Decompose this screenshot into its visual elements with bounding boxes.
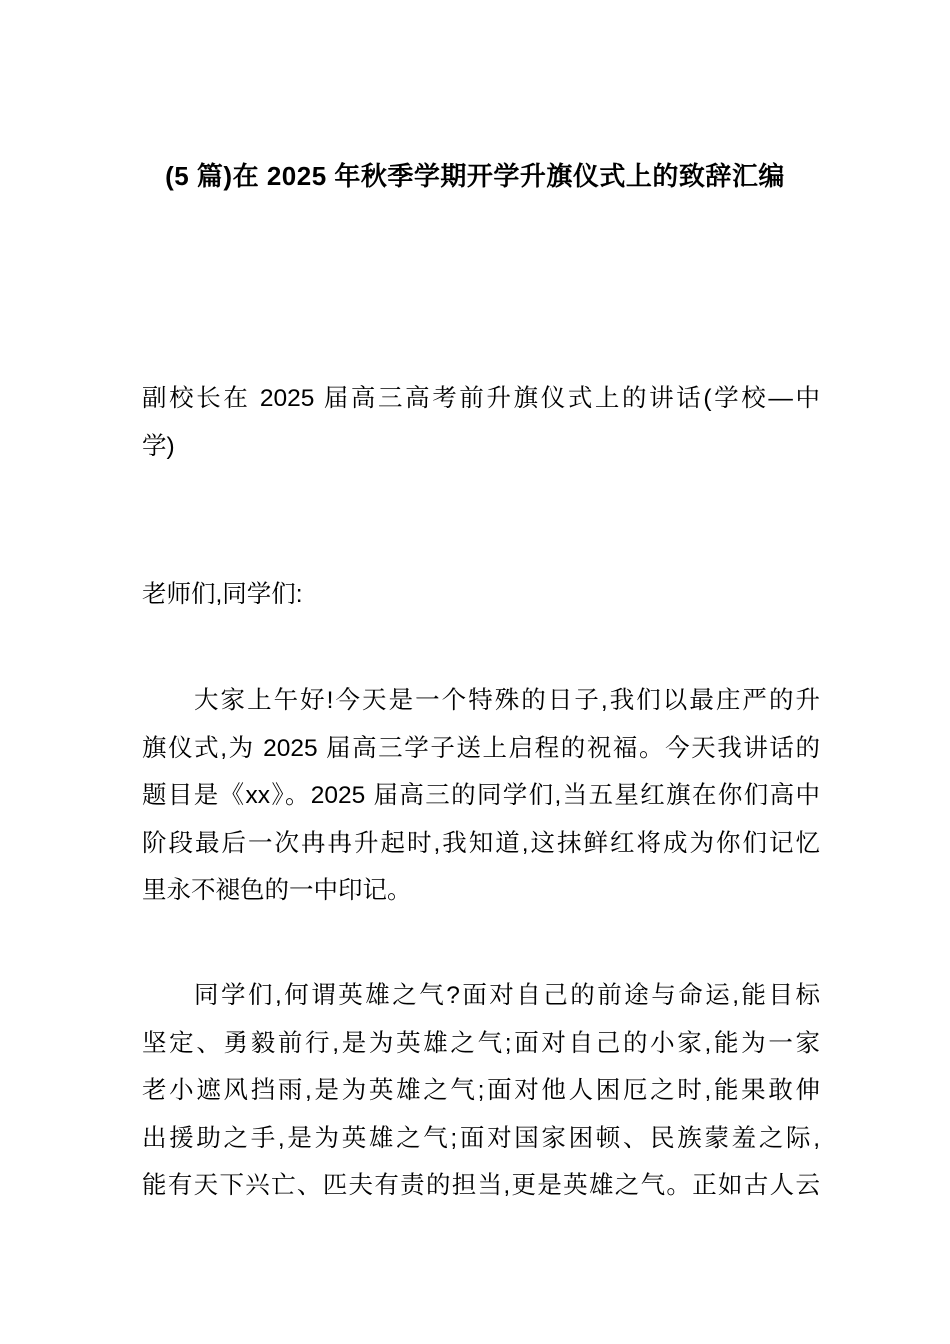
- paragraph-2-line-5: 能有天下兴亡、匹夫有责的担当,更是英雄之气。正如古人云: [142, 1162, 820, 1210]
- salutation-text: 老师们,同学们:: [142, 571, 820, 619]
- salutation: 老师们,同学们:: [142, 571, 820, 619]
- paragraph-2: 同学们,何谓英雄之气?面对自己的前途与命运,能目标 坚定、勇毅前行,是为英雄之气…: [142, 972, 820, 1210]
- document-title: (5 篇)在 2025 年秋季学期开学升旗仪式上的致辞汇编: [0, 153, 950, 201]
- paragraph-1-line-2: 旗仪式,为 2025 届高三学子送上启程的祝福。今天我讲话的: [142, 725, 820, 773]
- speech-heading-line-2: 学): [142, 423, 820, 471]
- paragraph-1-line-4: 阶段最后一次冉冉升起时,我知道,这抹鲜红将成为你们记忆: [142, 820, 820, 868]
- paragraph-2-line-4: 出援助之手,是为英雄之气;面对国家困顿、民族蒙羞之际,: [142, 1115, 820, 1163]
- paragraph-1-line-5: 里永不褪色的一中印记。: [142, 867, 820, 915]
- paragraph-2-line-3: 老小遮风挡雨,是为英雄之气;面对他人困厄之时,能果敢伸: [142, 1067, 820, 1115]
- speech-heading-line-1: 副校长在 2025 届高三高考前升旗仪式上的讲话(学校—中: [142, 375, 820, 423]
- paragraph-1-line-1: 大家上午好!今天是一个特殊的日子,我们以最庄严的升: [142, 677, 820, 725]
- paragraph-1: 大家上午好!今天是一个特殊的日子,我们以最庄严的升 旗仪式,为 2025 届高三…: [142, 677, 820, 915]
- paragraph-2-line-1: 同学们,何谓英雄之气?面对自己的前途与命运,能目标: [142, 972, 820, 1020]
- paragraph-1-line-3: 题目是《xx》。2025 届高三的同学们,当五星红旗在你们高中: [142, 772, 820, 820]
- paragraph-2-line-2: 坚定、勇毅前行,是为英雄之气;面对自己的小家,能为一家: [142, 1020, 820, 1068]
- speech-heading: 副校长在 2025 届高三高考前升旗仪式上的讲话(学校—中 学): [142, 375, 820, 470]
- document-page: (5 篇)在 2025 年秋季学期开学升旗仪式上的致辞汇编 副校长在 2025 …: [0, 0, 950, 1344]
